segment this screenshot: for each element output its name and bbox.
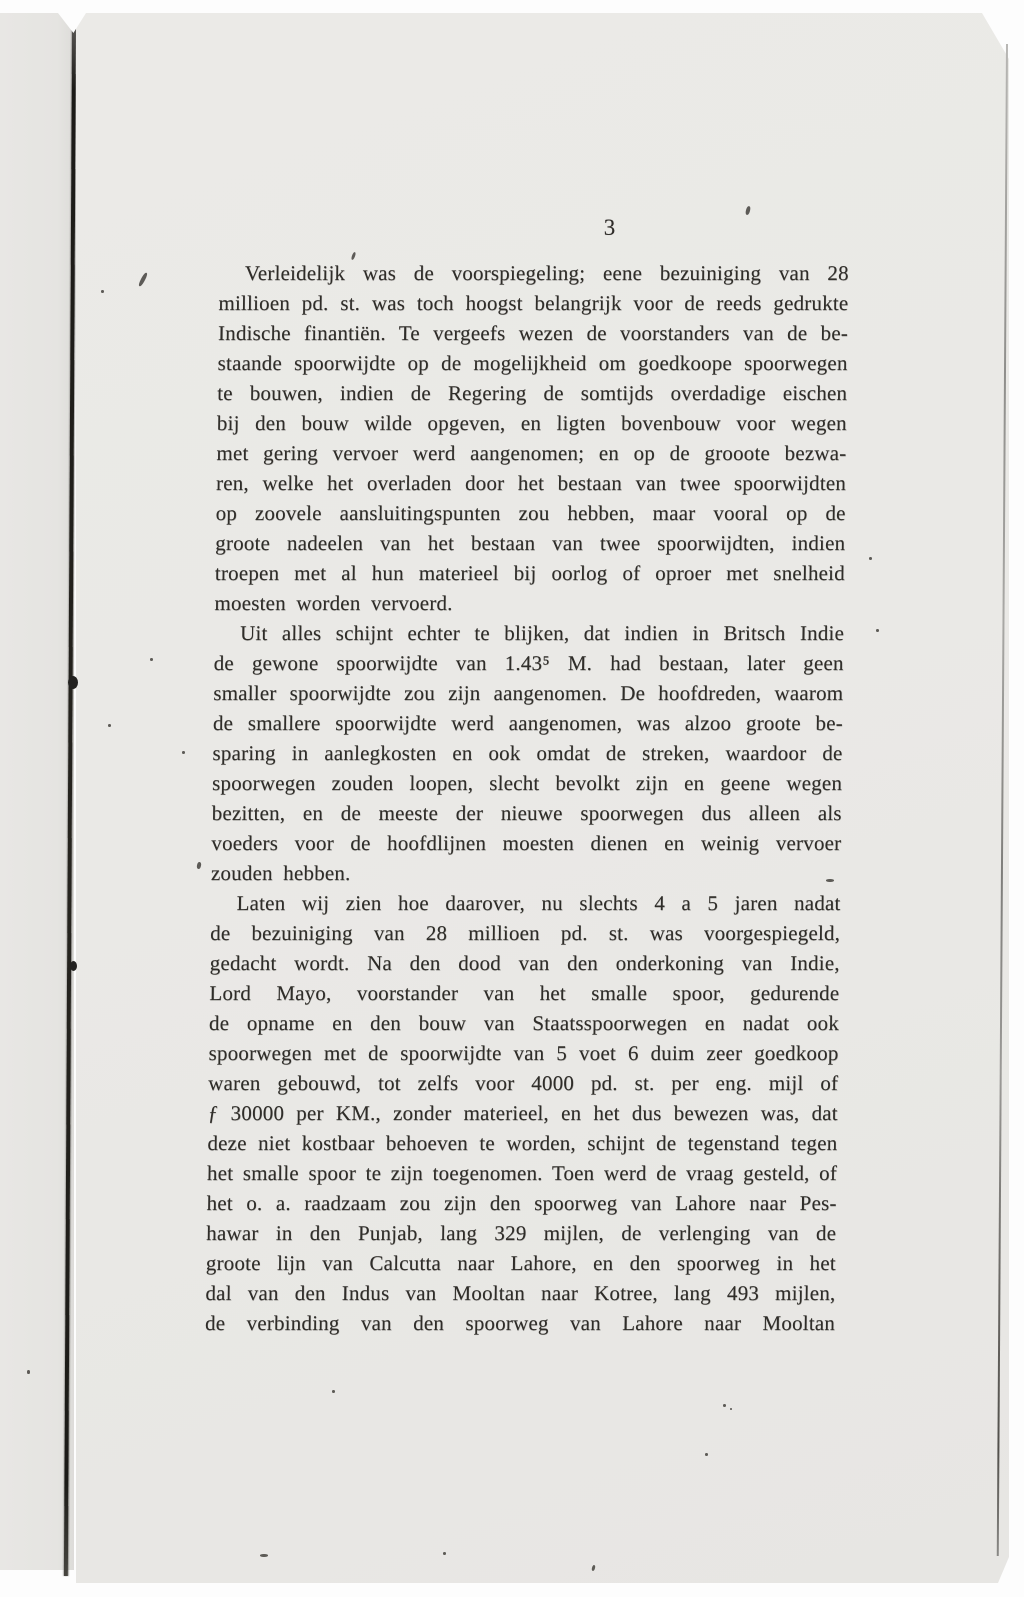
text-line: het smalle spoor te zijn toegenomen. Toe… <box>207 1158 837 1188</box>
text-line: sparing in aanlegkosten en ook omdat de … <box>212 738 842 768</box>
page-number: 3 <box>295 215 925 241</box>
ink-speck <box>705 1453 708 1456</box>
text-line: de gewone spoorwijdte van 1.43⁵ M. had b… <box>214 648 844 678</box>
ink-speck <box>182 751 185 754</box>
text-line: spoorwegen met de spoorwijdte van 5 voet… <box>208 1038 838 1068</box>
text-line: ƒ 30000 per KM., zonder materieel, en he… <box>208 1098 838 1128</box>
text-line: Verleidelijk was de voorspiegeling; eene… <box>219 258 849 288</box>
text-line: het o. a. raadzaam zou zijn den spoorweg… <box>206 1188 836 1218</box>
ink-speck <box>723 1404 726 1407</box>
text-line: groote lijn van Calcutta naar Lahore, en… <box>206 1248 836 1278</box>
text-line: moesten worden vervoerd. <box>214 588 844 618</box>
text-line: ren, welke het overladen door het bestaa… <box>216 468 846 498</box>
text-line: spoorwegen zouden loopen, slecht bevolkt… <box>212 768 842 798</box>
text-line: met gering vervoer werd aangenomen; en o… <box>216 438 846 468</box>
text-block: Verleidelijk was de voorspiegeling; eene… <box>205 258 849 1338</box>
text-line: voeders voor de hoofdlijnen moesten dien… <box>211 828 841 858</box>
text-line: de opname en den bouw van Staatsspoorweg… <box>209 1008 839 1038</box>
ink-speck <box>869 557 872 560</box>
text-line: groote nadeelen van het bestaan van twee… <box>215 528 845 558</box>
text-line: troepen met al hun materieel bij oorlog … <box>215 558 845 588</box>
text-line: dal van den Indus van Mooltan naar Kotre… <box>205 1278 835 1308</box>
text-line: bezitten, en de meeste der nieuwe spoorw… <box>212 798 842 828</box>
ink-speck <box>101 290 104 293</box>
text-line: smaller spoorwijdte zou zijn aangenomen.… <box>213 678 843 708</box>
text-line: waren gebouwd, tot zelfs voor 4000 pd. s… <box>208 1068 838 1098</box>
ink-speck <box>443 1552 446 1555</box>
ink-speck <box>150 658 153 661</box>
ink-speck <box>260 1554 268 1557</box>
text-line: bij den bouw wilde opgeven, en ligten bo… <box>217 408 847 438</box>
ink-speck <box>108 724 111 727</box>
text-line: op zoovele aansluitingspunten zou hebben… <box>215 498 845 528</box>
ink-speck <box>730 1408 732 1410</box>
crease-knot <box>68 676 78 689</box>
text-line: Indische finantiën. Te vergeefs wezen de… <box>218 318 848 348</box>
text-line: Uit alles schijnt echter te blijken, dat… <box>214 618 844 648</box>
book-page: 3 Verleidelijk was de voorspiegeling; ee… <box>76 13 1009 1583</box>
text-line: de smallere spoorwijdte werd aangenomen,… <box>213 708 843 738</box>
ink-speck <box>332 1390 335 1393</box>
text-line: Lord Mayo, voorstander van het smalle sp… <box>209 978 839 1008</box>
ink-speck <box>826 879 834 882</box>
ink-speck <box>27 1370 30 1374</box>
text-line: Laten wij zien hoe daarover, nu slechts … <box>210 888 840 918</box>
text-line: millioen pd. st. was toch hoogst belangr… <box>218 288 848 318</box>
ink-speck <box>876 629 879 632</box>
crease-knot <box>70 961 77 971</box>
scanned-book-page: 3 Verleidelijk was de voorspiegeling; ee… <box>0 0 1024 1597</box>
text-line: de verbinding van den spoorweg van Lahor… <box>205 1308 835 1338</box>
text-line: gedacht wordt. Na den dood van den onder… <box>210 948 840 978</box>
text-line: zouden hebben. <box>211 858 841 888</box>
text-line: te bouwen, indien de Regering de somtijd… <box>217 378 847 408</box>
text-line: staande spoorwijdte op de mogelijkheid o… <box>217 348 847 378</box>
text-line: deze niet kostbaar behoeven te worden, s… <box>207 1128 837 1158</box>
facing-page-edge <box>0 13 74 1570</box>
text-line: hawar in den Punjab, lang 329 mijlen, de… <box>206 1218 836 1248</box>
text-line: de bezuiniging van 28 millioen pd. st. w… <box>210 918 840 948</box>
